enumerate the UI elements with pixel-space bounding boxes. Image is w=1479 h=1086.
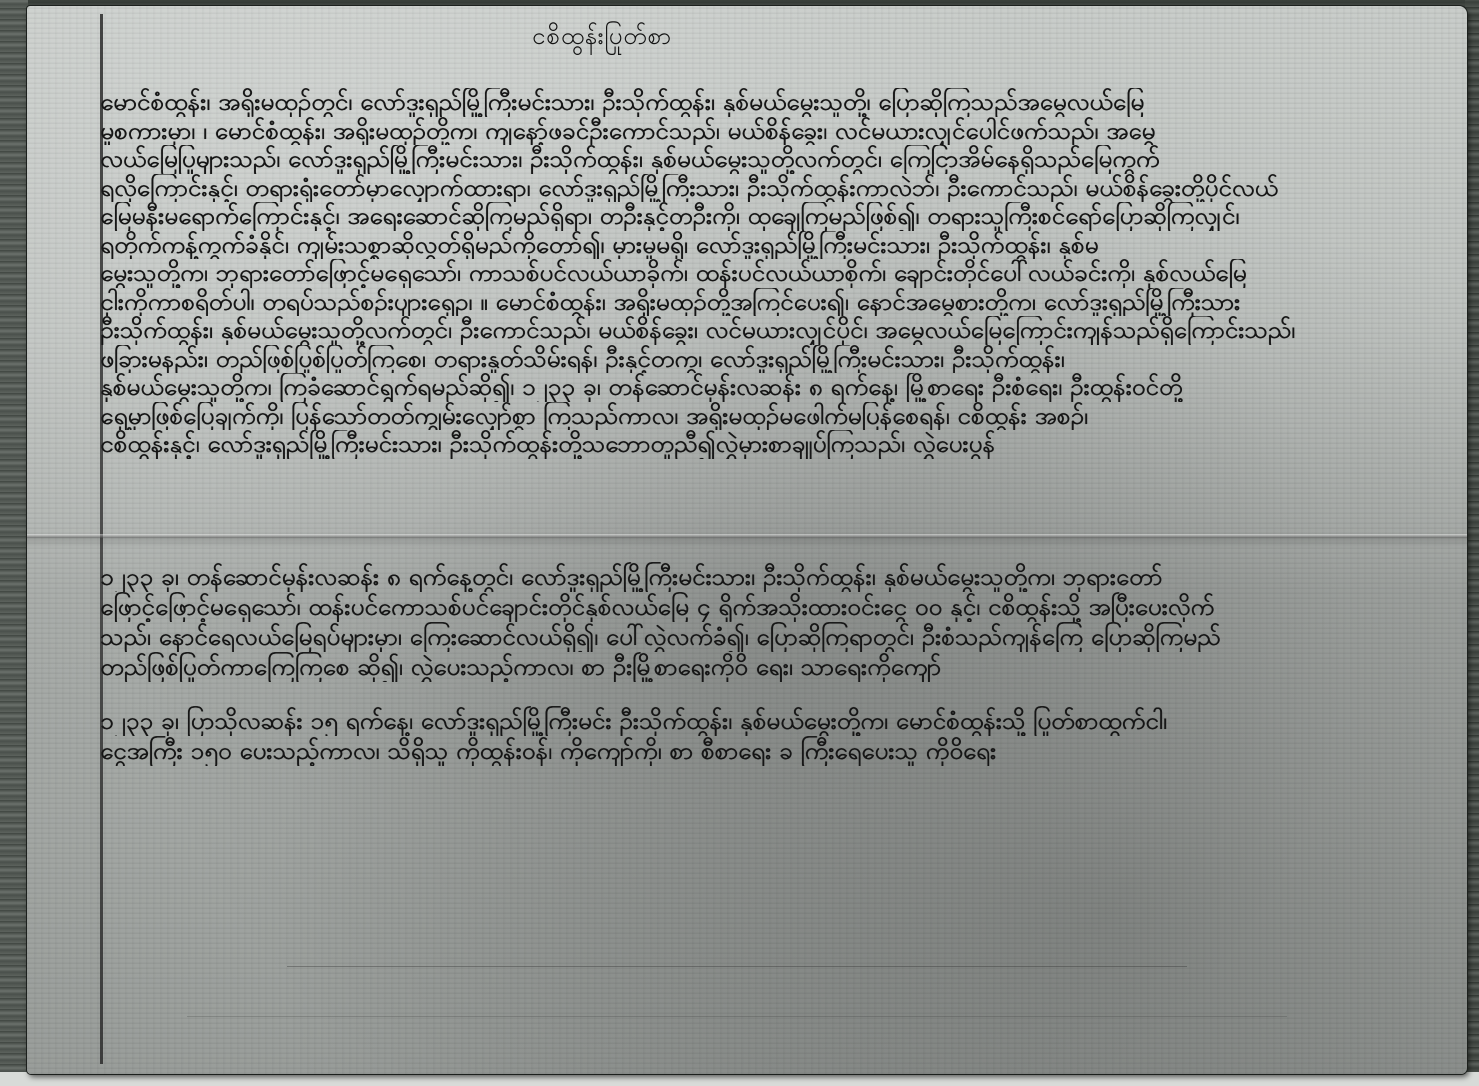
text-section-2: ၁၂၃၃ ခု၊ တန်ဆောင်မုန်းလဆန်း ၈ ရက်နေ့တွင်… — [100, 562, 1430, 682]
manuscript-line: ငှါးကိုကာစရိတ်ပါ၊ တရပ်သည်စဉ်းပျားရှေဉ၊ ။… — [100, 288, 1430, 317]
manuscript-line: သည်၊ နောင်ရေလယ်မြေရပ်များမှာ၊ ကြေးဆောင်လ… — [100, 622, 1430, 652]
wooden-background-right — [1465, 0, 1479, 1086]
manuscript-line: ၁၂၃၃ ခု၊ ပြာသိုလဆန်း ၁၅ ရက်နေ့၊ လော်ဒူးရ… — [100, 706, 1430, 736]
manuscript-line: ရှေ့မှာဖြစ်ပြေချက်ကို၊ ပြန်သော်တတ်ကျွမ်း… — [100, 402, 1430, 431]
manuscript-line: ၁၂၃၃ ခု၊ တန်ဆောင်မုန်းလဆန်း ၈ ရက်နေ့တွင်… — [100, 562, 1430, 592]
manuscript-line: ရလိုကြောင်းနှင့်၊ တရားရုံးတော်မှာလျှောက်… — [100, 174, 1430, 203]
manuscript-line: မြေမနီးမရောက်ကြောင်းနှင့်၊ အရေးဆောင်ဆိုက… — [100, 202, 1430, 231]
manuscript-line: ဖခြားမနည်း၊ တည်ဖြစ်ပြုစ်ပြုတ်ကြစေ၊ တရားန… — [100, 345, 1430, 374]
wooden-background-left — [0, 0, 28, 1086]
photograph-scene: ငစိထွန်းပြုတ်စာ မောင်စံထွန်း၊ အရိုးမထုဉ်… — [0, 0, 1479, 1086]
ruled-guide-line — [287, 966, 1187, 967]
manuscript-line: လယ်မြေပြုများသည်၊ လော်ဒူးရှည်မြို့ကြီးမင… — [100, 145, 1430, 174]
manuscript-line: မှုစကားမှာ၊ ၊ မောင်စံထွန်း၊ အရိုးမထုဉ်တိ… — [100, 117, 1430, 146]
bottom-edge-strip — [0, 1072, 1479, 1086]
ruled-guide-line — [187, 1016, 1287, 1017]
text-section-3: ၁၂၃၃ ခု၊ ပြာသိုလဆန်း ၁၅ ရက်နေ့၊ လော်ဒူးရ… — [100, 706, 1430, 766]
manuscript-line: ဦးသိုက်ထွန်း၊ နှစ်မယ်မွေးသူတို့လက်တွင်၊ … — [100, 316, 1430, 345]
manuscript-line: ငွေအကြီး ၁၅၀ ပေးသည့်ကာလ၊ သိရှိသူ ကိုထွန်… — [100, 736, 1430, 766]
manuscript-line: တည်ဖြစ်ပြုတ်ကာကြေကြစေ ဆို၍၊ လွှဲပေးသည့်က… — [100, 652, 1430, 682]
fold-shadow — [27, 538, 1467, 548]
manuscript-line: ငစိထွန်းနှင့်၊ လော်ဒူးရှည်မြို့ကြီးမင်းသ… — [100, 430, 1430, 459]
manuscript-page: ငစိထွန်းပြုတ်စာ မောင်စံထွန်း၊ အရိုးမထုဉ်… — [27, 6, 1467, 1074]
manuscript-line: ဖြောင့်ဖြောင့်မရှေသော်၊ ထန်းပင်ကောသစ်ပင်… — [100, 592, 1430, 622]
text-section-1: မောင်စံထွန်း၊ အရိုးမထုဉ်တွင်၊ လော်ဒူးရှည… — [100, 88, 1430, 459]
manuscript-line: ရတိုက်ကန့်ကွက်ခံနိုင်၊ ကျမ်းသစ္စာဆိုလွှတ… — [100, 231, 1430, 260]
manuscript-line: မောင်စံထွန်း၊ အရိုးမထုဉ်တွင်၊ လော်ဒူးရှည… — [100, 88, 1430, 117]
manuscript-line: မွေးသူတို့က၊ ဘုရားတော်ဖြောင့်မရှေသော်၊ က… — [100, 259, 1430, 288]
document-title: ငစိထွန်းပြုတ်စာ — [532, 20, 672, 56]
manuscript-line: နှစ်မယ်မွေးသူတို့က၊ ကြခံဆောင်ရွက်ရမည်ဆို… — [100, 373, 1430, 402]
